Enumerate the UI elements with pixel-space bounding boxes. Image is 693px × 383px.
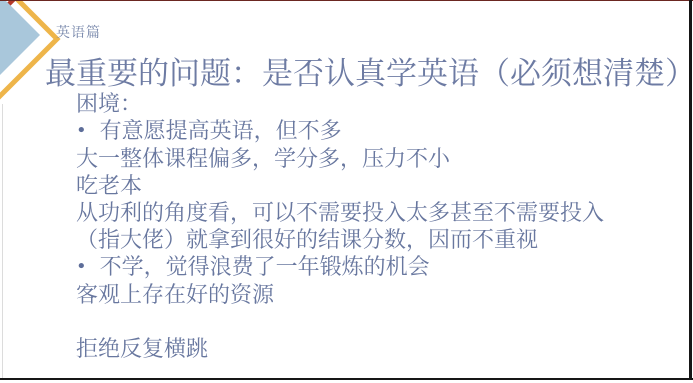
bullet-icon: • — [76, 253, 87, 280]
section-label: 英语篇 — [56, 22, 101, 42]
slide: 英语篇 最重要的问题：是否认真学英语（必须想清楚） 困境： •有意愿提高英语，但… — [0, 0, 693, 383]
body-line: （指大佬）就拿到很好的结课分数，因而不重视 — [76, 227, 676, 254]
slide-left-edge — [2, 104, 3, 378]
body-line: 客观上存在好的资源 — [76, 282, 676, 309]
body-line: 困境： — [76, 91, 676, 118]
body-line-bulleted: •有意愿提高英语，但不多 — [76, 118, 676, 146]
body-line: 从功利的角度看，可以不需要投入太多甚至不需要投入 — [76, 200, 676, 227]
body-line: 大一整体课程偏多，学分多，压力不小 — [76, 146, 676, 173]
body-line-bulleted: •不学，觉得浪费了一年锻炼的机会 — [76, 254, 676, 282]
body-line-text: 不学，觉得浪费了一年锻炼的机会 — [100, 255, 430, 280]
frame-top-edge — [0, 0, 693, 1]
closing-line: 拒绝反复横跳 — [76, 332, 208, 363]
frame-bottom-edge — [0, 378, 693, 380]
slide-body: 困境： •有意愿提高英语，但不多 大一整体课程偏多，学分多，压力不小 吃老本 从… — [76, 91, 676, 309]
body-line: 吃老本 — [76, 173, 676, 200]
frame-right-edge — [689, 0, 692, 380]
slide-title: 最重要的问题：是否认真学英语（必须想清楚） — [45, 56, 685, 92]
body-line-text: 有意愿提高英语，但不多 — [100, 119, 342, 144]
bullet-icon: • — [76, 117, 87, 144]
